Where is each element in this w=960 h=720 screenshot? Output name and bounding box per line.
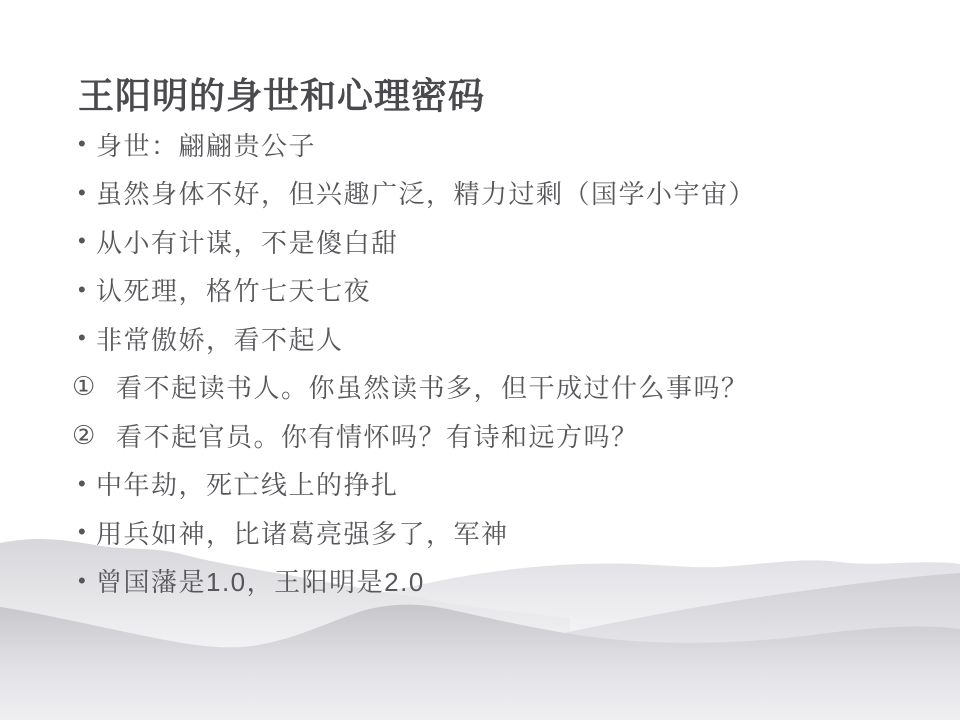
list-item: • 非常傲娇，看不起人	[78, 314, 920, 363]
bullet-icon: •	[78, 131, 96, 157]
list-item: • 认死理，格竹七天七夜	[78, 266, 920, 315]
bullet-icon: •	[78, 325, 96, 351]
list-item-text: 看不起官员。你有情怀吗？有诗和远方吗？	[116, 417, 639, 454]
list-item-text: 从小有计谋，不是傻白甜	[96, 223, 399, 260]
list-item: • 从小有计谋，不是傻白甜	[78, 217, 920, 266]
list-item-text: 用兵如神，比诸葛亮强多了，军神	[96, 514, 509, 551]
list-item: • 虽然身体不好，但兴趣广泛，精力过剩（国学小宇宙）	[78, 169, 920, 218]
bullet-icon: •	[78, 471, 96, 497]
list-item-text: 身世：翩翩贵公子	[96, 126, 316, 163]
bullet-icon: •	[78, 519, 96, 545]
bullet-icon: •	[78, 180, 96, 206]
list-item-text: 曾国藩是1.0，王阳明是2.0	[96, 562, 425, 599]
list-item: ② 看不起官员。你有情怀吗？有诗和远方吗？	[72, 411, 920, 460]
list-item: • 身世：翩翩贵公子	[78, 120, 920, 169]
circled-number-icon: ②	[72, 420, 116, 451]
list-item: • 曾国藩是1.0，王阳明是2.0	[78, 557, 920, 606]
bullet-icon: •	[78, 277, 96, 303]
list-item-text: 虽然身体不好，但兴趣广泛，精力过剩（国学小宇宙）	[96, 174, 756, 211]
bullet-list: • 身世：翩翩贵公子 • 虽然身体不好，但兴趣广泛，精力过剩（国学小宇宙） • …	[78, 120, 920, 605]
presentation-slide: 王阳明的身世和心理密码 • 身世：翩翩贵公子 • 虽然身体不好，但兴趣广泛，精力…	[0, 0, 960, 720]
list-item-text: 看不起读书人。你虽然读书多，但干成过什么事吗？	[116, 368, 749, 405]
list-item: • 中年劫，死亡线上的挣扎	[78, 460, 920, 509]
list-item-text: 非常傲娇，看不起人	[96, 320, 344, 357]
list-item-text: 认死理，格竹七天七夜	[96, 271, 371, 308]
bullet-icon: •	[78, 228, 96, 254]
list-item-text: 中年劫，死亡线上的挣扎	[96, 465, 399, 502]
list-item: ① 看不起读书人。你虽然读书多，但干成过什么事吗？	[72, 363, 920, 412]
bullet-icon: •	[78, 568, 96, 594]
slide-title: 王阳明的身世和心理密码	[78, 74, 485, 118]
circled-number-icon: ①	[72, 371, 116, 402]
list-item: • 用兵如神，比诸葛亮强多了，军神	[78, 508, 920, 557]
